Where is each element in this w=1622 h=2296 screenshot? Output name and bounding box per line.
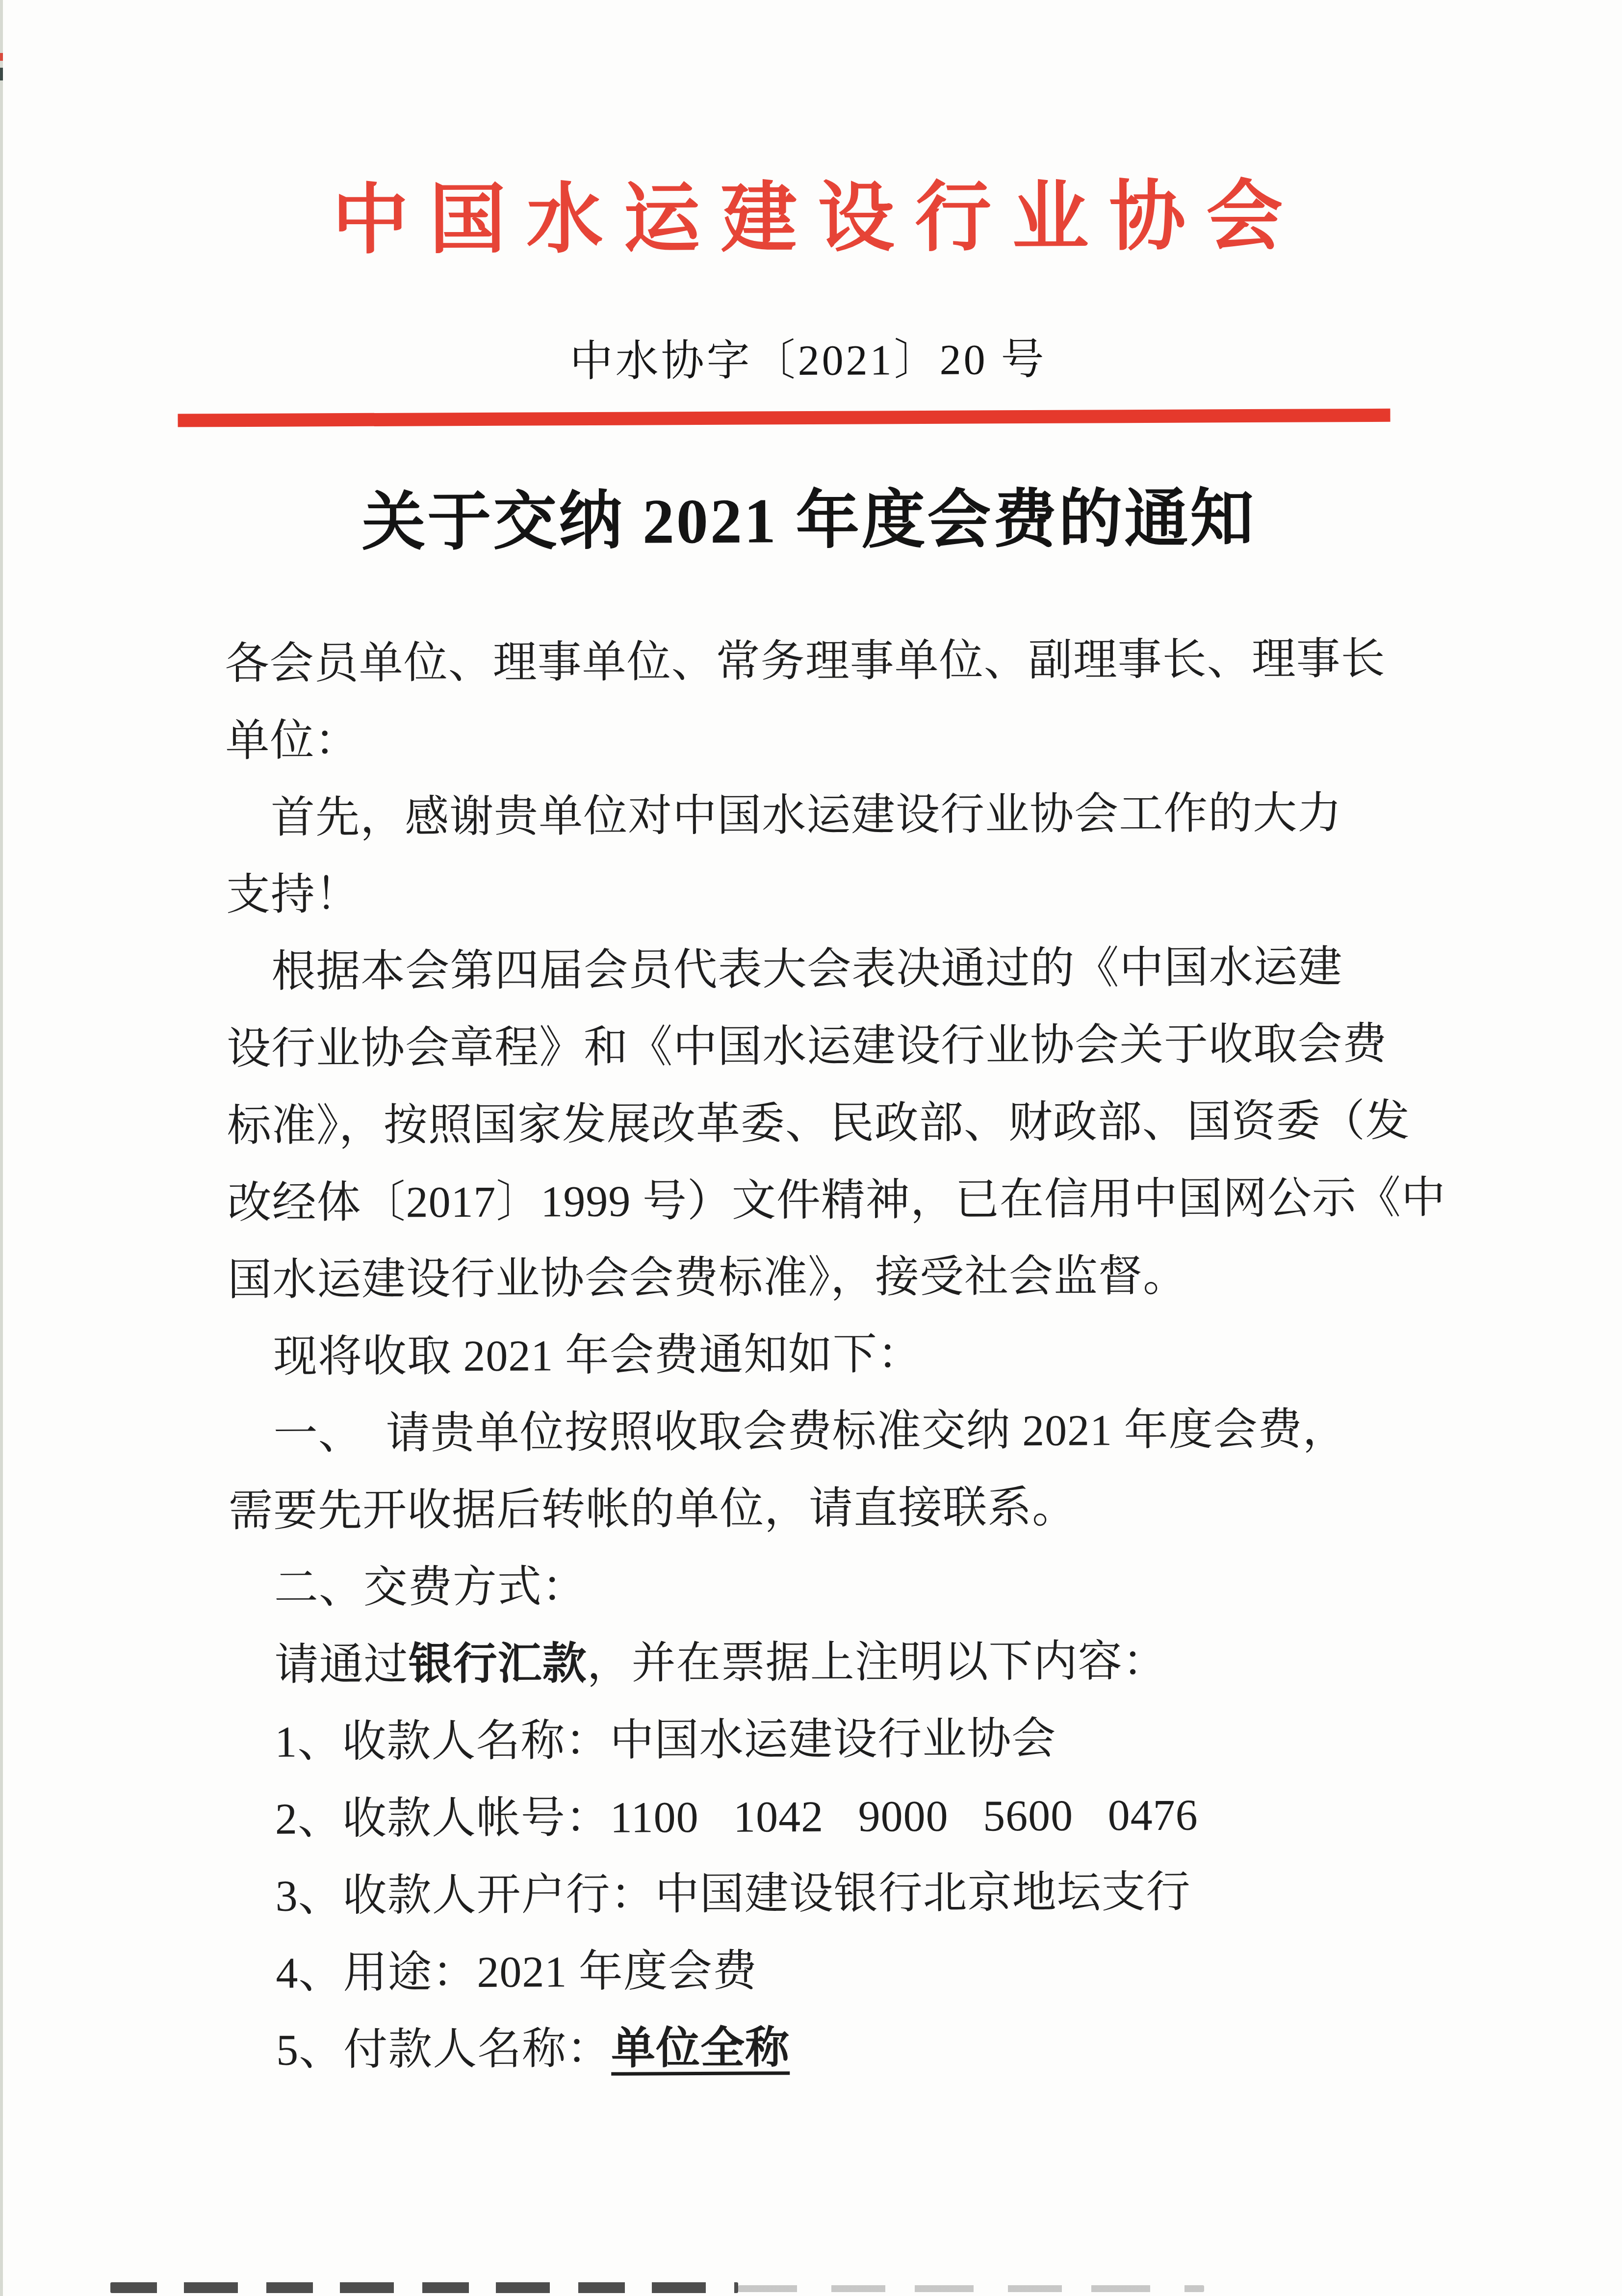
scanned-document-page: 中国水运建设行业协会 中水协字〔2021〕20 号 关于交纳 2021 年度会费… bbox=[0, 0, 1622, 2296]
body-emphasis-text: 银行汇款 bbox=[408, 1640, 587, 1689]
body-line: 4、用途：2021 年度会费 bbox=[231, 1930, 1438, 2012]
body-text: 现将收取 2021 年会费通知如下： bbox=[273, 1330, 922, 1382]
body-text: 单位： bbox=[225, 716, 359, 765]
body-text: 一、 请贵单位按照收取会费标准交纳 2021 年度会费， bbox=[273, 1405, 1347, 1459]
body-text: 标准》，按照国家发展改革委、民政部、财政部、国资委（发 bbox=[227, 1097, 1410, 1151]
body-text: 首先，感谢贵单位对中国水运建设行业协会工作的大力 bbox=[271, 789, 1342, 842]
body-line: 首先，感谢贵单位对中国水运建设行业协会工作的大力 bbox=[226, 774, 1433, 857]
body-line: 国水运建设行业协会会费标准》，接受社会监督。 bbox=[228, 1236, 1435, 1319]
body-line: 支持！ bbox=[226, 851, 1433, 934]
body-text: 二、交费方式： bbox=[274, 1563, 587, 1613]
body-line: 3、收款人开户行：中国建设银行北京地坛支行 bbox=[230, 1852, 1437, 1935]
body-line: 改经体〔2017〕1999 号）文件精神，已在信用中国网公示《中 bbox=[227, 1159, 1434, 1242]
body-line: 各会员单位、理事单位、常务理事单位、副理事长、理事长 bbox=[225, 620, 1432, 703]
body-text: 设行业协会章程》和《中国水运建设行业协会关于收取会费 bbox=[227, 1020, 1387, 1073]
body-text: 2、收款人帐号：1100 1042 9000 5600 0476 bbox=[275, 1791, 1198, 1844]
page-bottom-scan-artifact-faint bbox=[738, 2285, 1204, 2292]
body-text: 国水运建设行业协会会费标准》，接受社会监督。 bbox=[228, 1252, 1187, 1305]
body-line: 现将收取 2021 年会费通知如下： bbox=[228, 1313, 1435, 1396]
body-text: 请通过 bbox=[274, 1641, 408, 1690]
body-line: 二、交费方式： bbox=[229, 1544, 1436, 1627]
notice-title: 关于交纳 2021 年度会费的通知 bbox=[0, 466, 1620, 564]
body-line: 一、 请贵单位按照收取会费标准交纳 2021 年度会费， bbox=[228, 1390, 1435, 1473]
red-divider-rule bbox=[178, 409, 1390, 427]
body-line: 标准》，按照国家发展改革委、民政部、财政部、国资委（发 bbox=[227, 1082, 1434, 1165]
body-line: 请通过银行汇款，并在票据上注明以下内容： bbox=[229, 1621, 1436, 1704]
body-text: 改经体〔2017〕1999 号）文件精神，已在信用中国网公示《中 bbox=[227, 1174, 1446, 1227]
body-text: 5、付款人名称： bbox=[276, 2025, 611, 2075]
body-line: 需要先开收据后转帐的单位，请直接联系。 bbox=[229, 1467, 1436, 1550]
left-scan-edge-artifact bbox=[0, 0, 3, 2296]
body-text: 各会员单位、理事单位、常务理事单位、副理事长、理事长 bbox=[225, 635, 1385, 688]
body-lines: 各会员单位、理事单位、常务理事单位、副理事长、理事长单位：首先，感谢贵单位对中国… bbox=[225, 620, 1438, 2089]
body-line: 5、付款人名称：单位全称 bbox=[231, 2007, 1438, 2089]
body-line: 单位： bbox=[225, 697, 1432, 780]
body-text: 需要先开收据后转帐的单位，请直接联系。 bbox=[229, 1484, 1077, 1536]
body-line: 1、收款人名称：中国水运建设行业协会 bbox=[230, 1698, 1437, 1781]
body-line: 根据本会第四届会员代表大会表决通过的《中国水运建 bbox=[226, 928, 1433, 1011]
body-text: 3、收款人开户行：中国建设银行北京地坛支行 bbox=[275, 1868, 1190, 1921]
document-content: 中国水运建设行业协会 中水协字〔2021〕20 号 关于交纳 2021 年度会费… bbox=[0, 0, 1622, 2296]
left-edge-dark-speck bbox=[0, 68, 3, 80]
body-text: 1、收款人名称：中国水运建设行业协会 bbox=[275, 1715, 1056, 1767]
body-line: 设行业协会章程》和《中国水运建设行业协会关于收取会费 bbox=[227, 1005, 1434, 1088]
body-emphasis-text: 单位全称 bbox=[611, 2024, 790, 2073]
body-text: 4、用途：2021 年度会费 bbox=[276, 1947, 757, 1997]
left-edge-red-speck bbox=[0, 53, 3, 61]
document-number: 中水协字〔2021〕20 号 bbox=[0, 322, 1619, 391]
organization-title: 中国水运建设行业协会 bbox=[0, 153, 1619, 270]
body-line: 2、收款人帐号：1100 1042 9000 5600 0476 bbox=[230, 1775, 1437, 1858]
body-text: 根据本会第四届会员代表大会表决通过的《中国水运建 bbox=[271, 943, 1342, 996]
page-bottom-scan-artifact bbox=[110, 2282, 738, 2293]
body-text: ，并在票据上注明以下内容： bbox=[587, 1637, 1167, 1688]
body-text: 支持！ bbox=[226, 870, 360, 919]
